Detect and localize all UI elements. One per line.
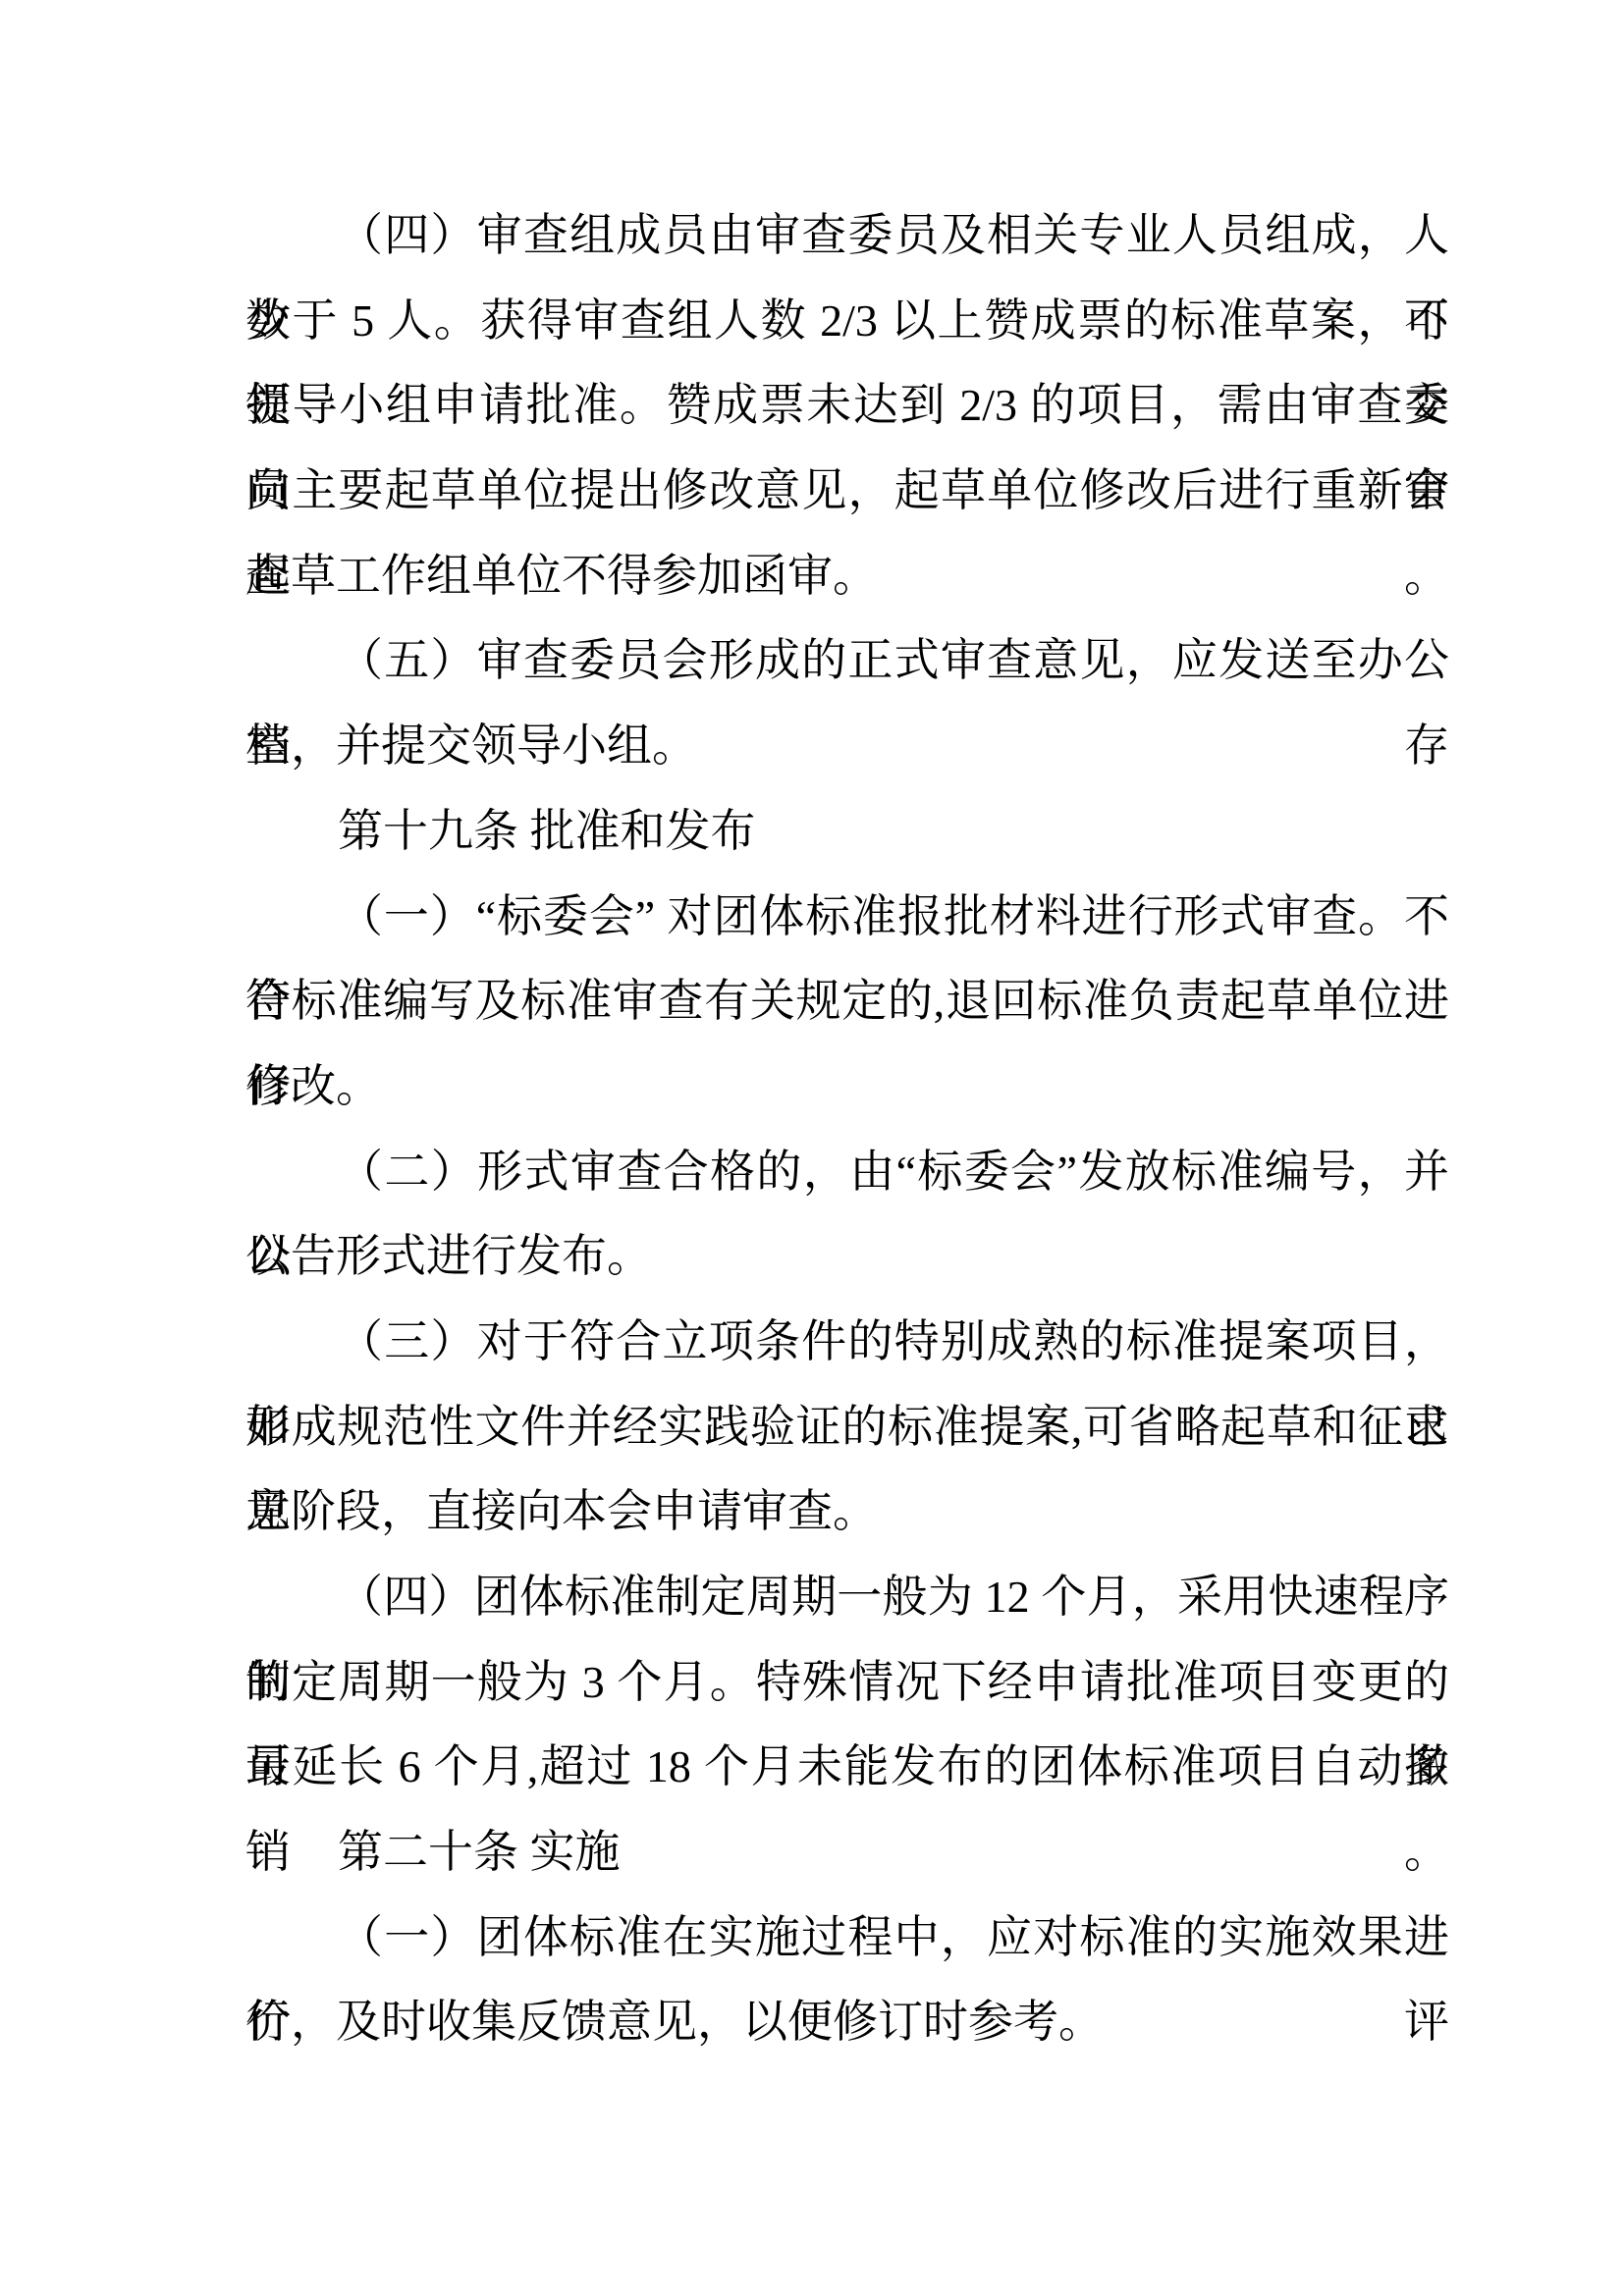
document-line: （五）审查委员会形成的正式审查意见，应发送至办公室存 [245,618,1449,704]
document-line: 公告形式进行发布。 [245,1214,1449,1300]
document-line: （三）对于符合立项条件的特别成熟的标准提案项目，如已 [245,1300,1449,1385]
document-line: （四）审查组成员由审查委员及相关专业人员组成，人数不 [245,193,1449,279]
document-heading: 第十九条 批准和发布 [245,789,1449,875]
document-line: （四）团体标准制定周期一般为 12 个月，采用快速程序的 [245,1555,1449,1640]
document-line: 修改。 [245,1044,1449,1130]
document-line: 可延长 6 个月,超过 18 个月未能发布的团体标准项目自动撤销。 [245,1725,1449,1810]
document-line: 少于 5 人。获得审查组人数 2/3 以上赞成票的标准草案，可提交 [245,279,1449,364]
document-line: 合标准编写及标准审查有关规定的,退回标准负责起草单位进行 [245,959,1449,1044]
document-line: （二）形式审查合格的，由“标委会”发放标准编号，并以 [245,1130,1449,1215]
document-line: 领导小组申请批准。赞成票未达到 2/3 的项目，需由审查委员会 [245,363,1449,449]
document-line: 形成规范性文件并经实践验证的标准提案,可省略起草和征求意 [245,1385,1449,1470]
document-line: 见阶段，直接向本会申请审查。 [245,1469,1449,1555]
document-body: （四）审查组成员由审查委员及相关专业人员组成，人数不 少于 5 人。获得审查组人… [245,193,1449,2065]
document-line: （一）“标委会” 对团体标准报批材料进行形式审查。不符 [245,875,1449,960]
document-line: 向主要起草单位提出修改意见，起草单位修改后进行重新审查。 [245,449,1449,534]
document-line: （一）团体标准在实施过程中，应对标准的实施效果进行评 [245,1896,1449,1981]
document-line: 制定周期一般为 3 个月。特殊情况下经申请批准项目变更的最多 [245,1640,1449,1726]
document-page: （四）审查组成员由审查委员及相关专业人员组成，人数不 少于 5 人。获得审查组人… [0,0,1624,2296]
